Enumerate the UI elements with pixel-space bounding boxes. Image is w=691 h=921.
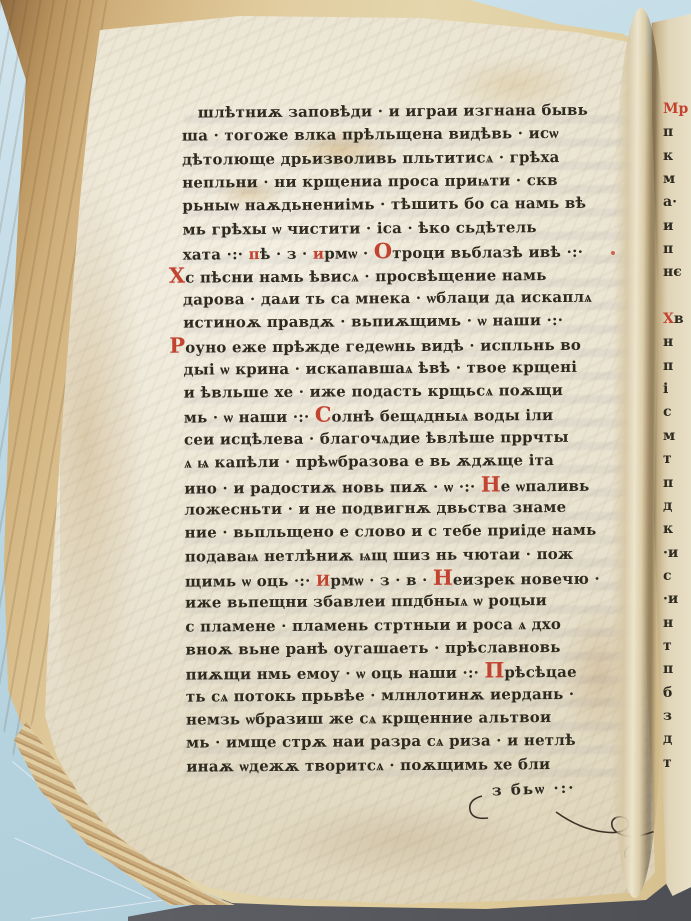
- ink-text: иже вьпещни збавлеи ппдбныѧ ѡ роцыи: [185, 591, 547, 612]
- manuscript-line: т: [663, 448, 688, 471]
- manuscript-line: мь грѣхы ѡ чистити · іса · ѣко сьдѣтель: [182, 215, 652, 242]
- ink-text: ложесньти · и не подвигнѫ двьства знаме: [184, 498, 566, 519]
- manuscript-line: п: [663, 238, 688, 261]
- ink-text: мь грѣхы ѡ чистити · іса · ѣко сьдѣтель: [182, 218, 536, 238]
- manuscript-line: д: [663, 728, 688, 751]
- ink-text: ѧ ѩ капѣли · прѣѡбразова е вь ѫдѫще іта: [184, 451, 554, 472]
- rubric-text: И: [316, 571, 331, 589]
- ink-text: пиѫщи нмь емоу · ѡ оць наши ·:·: [186, 664, 485, 684]
- manuscript-photo-scene: Мрпкма·ипнєХвнпісмтпдк·ис·интпбздт шлѣтн…: [0, 0, 691, 921]
- ink-text: к: [663, 521, 673, 537]
- ink-text: хата ·:·: [183, 245, 249, 263]
- manuscript-line: м: [663, 168, 688, 191]
- manuscript-line: а·: [663, 191, 688, 214]
- manuscript-line: инаѫ ѡдежѫ творитсѧ · поѫщимь хе бли: [186, 752, 656, 779]
- ink-text: подаваѩ нетлѣниѫ ѩщ шиз нь чютаи · пож: [185, 544, 574, 565]
- manuscript-line: с пламене · пламень стртныи и роса ѧ дхо: [185, 612, 655, 639]
- ink-text: сеи исцѣлева · благочѧдие ѣвлѣше пррчты: [184, 428, 569, 449]
- ink-text: е ѡпаливь: [501, 476, 590, 495]
- ink-text: рѣсѣцае: [504, 663, 577, 682]
- rubric-text: С: [315, 402, 332, 427]
- manuscript-line: ѧ ѩ капѣли · прѣѡбразова е вь ѫдѫще іта: [184, 449, 654, 476]
- manuscript-line: і: [663, 378, 688, 401]
- manuscript-line: дѣтолюще дрьизволивь пльтитисѧ · грѣха: [182, 145, 652, 172]
- ink-text: ша · тогоже влка прѣльщена видѣвь · исѡ: [182, 124, 559, 145]
- manuscript-line: рьныѡ наѫдьнениімь · тѣшить бо са намь в…: [182, 192, 652, 219]
- ink-text: шлѣтниѫ заповѣди · и играи изгнана бывь: [198, 101, 588, 122]
- manuscript-page: шлѣтниѫ заповѣди · и играи изгнана бывьш…: [0, 0, 691, 921]
- ink-text: т: [663, 451, 672, 467]
- manuscript-line: дыі ѡ крина · искапавшаѧ ѣвѣ · твое крще…: [183, 355, 653, 382]
- manuscript-line: щимь ѡ оць ·:· Ирмѡ · з · в · Неизрек но…: [185, 565, 655, 592]
- ink-text: немзь ѡбразиш же сѧ крщенние альтвои: [186, 708, 551, 729]
- ink-text: ѣ · з ·: [260, 245, 313, 263]
- manuscript-line: н: [663, 612, 688, 635]
- manuscript-line: ложесньти · и не подвигнѫ двьства знаме: [184, 495, 654, 522]
- facing-text-column: Мрпкма·ипнєХвнпісмтпдк·ис·интпбздт: [663, 98, 688, 775]
- ink-text: непльни · ни крщениа проса приѩти · скв: [182, 171, 558, 192]
- ink-text: в: [674, 311, 684, 327]
- ink-text: п: [663, 661, 673, 677]
- rubric-text: Н: [433, 565, 453, 590]
- rubric-text: П: [484, 658, 504, 683]
- manuscript-line: дарова · даѧи ть са мнека · ѡблаци да ис…: [183, 285, 653, 312]
- manuscript-line: немзь ѡбразиш же сѧ крщенние альтвои: [186, 705, 656, 732]
- manuscript-line: п: [663, 121, 688, 144]
- manuscript-line: т: [663, 752, 688, 775]
- manuscript-line: п: [663, 472, 688, 495]
- manuscript-line: Мр: [663, 98, 688, 121]
- manuscript-line: д: [663, 495, 688, 518]
- ink-text: з: [663, 708, 672, 724]
- ink-text: п: [663, 475, 673, 491]
- rubric-text: Мр: [663, 101, 688, 117]
- manuscript-line: истиноѫ правдѫ · вьпиѫщимь · ѡ наши ·:·: [183, 308, 653, 335]
- ink-text: ·и: [663, 591, 678, 607]
- manuscript-line: [663, 285, 688, 308]
- ink-text: мь · ѡ наши ·:·: [184, 408, 315, 427]
- manuscript-text-block: шлѣтниѫ заповѣди · и играи изгнана бывьш…: [182, 98, 657, 778]
- manuscript-line: н: [663, 331, 688, 354]
- ink-text: ·и: [663, 545, 678, 561]
- ink-text: д: [663, 731, 672, 747]
- ink-text: инаѫ ѡдежѫ творитсѧ · поѫщимь хе бли: [186, 755, 550, 776]
- rubric-text: и: [313, 245, 324, 263]
- manuscript-line: ние · вьпльщено е слово и с тебе приіде …: [185, 519, 655, 546]
- manuscript-line: непльни · ни крщениа проса приѩти · скв: [182, 168, 652, 195]
- manuscript-line: вноѫ вьне ранѣ оугашаеть · прѣславновь: [185, 635, 655, 662]
- ink-text: ние · вьпльщено е слово и с тебе приіде …: [185, 521, 597, 542]
- manuscript-line: Хв: [663, 308, 688, 331]
- ink-text: мь · имще стрѫ наи разра сѧ риза · и нет…: [186, 731, 576, 752]
- rubric-text: Р: [169, 333, 185, 358]
- ink-text: с: [663, 568, 672, 584]
- ink-text: ть сѧ потокь прьвѣе · млнлотинѫ иердань …: [186, 685, 575, 706]
- ink-text: ино · и радостиѫ новь пиѫ · ѡ ·:·: [184, 477, 481, 497]
- ink-text: щимь ѡ оць ·:·: [185, 572, 316, 591]
- ink-text: дыі ѡ крина · искапавшаѧ ѣвѣ · твое крще…: [183, 358, 577, 379]
- rubric-text: Н: [481, 471, 501, 496]
- manuscript-line: ино · и радостиѫ новь пиѫ · ѡ ·:· Не ѡпа…: [184, 472, 654, 499]
- manuscript-line: м: [663, 425, 688, 448]
- manuscript-line: б: [663, 682, 688, 705]
- rubric-text: Х: [169, 263, 185, 288]
- manuscript-line: и ѣвльше хе · иже подасть крщьсѧ поѫщи: [184, 378, 654, 405]
- book-gutter-fold: [609, 8, 667, 898]
- ink-text: дѣтолюще дрьизволивь пльтитисѧ · грѣха: [182, 148, 560, 169]
- ink-text: истиноѫ правдѫ · вьпиѫщимь · ѡ наши ·:·: [183, 311, 563, 332]
- ink-text: т: [663, 638, 672, 654]
- manuscript-line: с: [663, 401, 688, 424]
- ink-text: вноѫ вьне ранѣ оугашаеть · прѣславновь: [185, 638, 560, 659]
- manuscript-line: ·и: [663, 542, 688, 565]
- ink-text: т: [663, 755, 672, 771]
- manuscript-line: ть сѧ потокь прьвѣе · млнлотинѫ иердань …: [186, 682, 656, 709]
- manuscript-line: подаваѩ нетлѣниѫ ѩщ шиз нь чютаи · пож: [185, 542, 655, 569]
- ink-text: рмѡ · з · в ·: [330, 571, 433, 590]
- ink-text: д: [663, 498, 672, 514]
- ink-text: м: [663, 428, 675, 444]
- manuscript-line: хата ·:· пѣ · з · ирмѡ · Отроци вьблазѣ …: [183, 238, 653, 265]
- manuscript-line: к: [663, 518, 688, 541]
- manuscript-line: мь · имще стрѫ наи разра сѧ риза · и нет…: [186, 729, 656, 756]
- manuscript-line: мь · ѡ наши ·:· Солнѣ бещѧдныѧ воды іли: [184, 402, 654, 429]
- ink-text: олнѣ бещѧдныѧ воды іли: [331, 407, 553, 427]
- ink-text: оуно еже прѣжде гедеѡнь видѣ · испльнь в…: [185, 336, 581, 357]
- manuscript-line: к: [663, 145, 688, 168]
- ink-text: п: [663, 124, 673, 140]
- ink-text: с пѣсни намь ѣвисѧ · просвѣщение намь: [185, 267, 547, 288]
- manuscript-line: Роуно еже прѣжде гедеѡнь видѣ · испльнь …: [169, 332, 653, 359]
- ink-text: рьныѡ наѫдьнениімь · тѣшить бо са намь в…: [182, 194, 586, 215]
- manuscript-line: ·и: [663, 588, 688, 611]
- manuscript-line: ша · тогоже влка прѣльщена видѣвь · исѡ: [182, 122, 652, 149]
- manuscript-line: Хс пѣсни намь ѣвисѧ · просвѣщение намь: [169, 262, 653, 289]
- manuscript-line: сеи исцѣлева · благочѧдие ѣвлѣше пррчты: [184, 425, 654, 452]
- manuscript-line: т: [663, 635, 688, 658]
- rubric-text: п: [249, 245, 260, 263]
- ink-text: с пламене · пламень стртныи и роса ѧ дхо: [185, 615, 561, 636]
- manuscript-line: с: [663, 565, 688, 588]
- ink-text: троци вьблазѣ ивѣ ·:·: [392, 243, 583, 262]
- manuscript-line: иже вьпещни збавлеи ппдбныѧ ѡ роцыи: [185, 589, 655, 616]
- manuscript-line: пиѫщи нмь емоу · ѡ оць наши ·:· Прѣсѣцае: [186, 659, 656, 686]
- rubric-text: О: [374, 238, 392, 263]
- manuscript-line: шлѣтниѫ заповѣди · и играи изгнана бывь: [182, 98, 652, 125]
- manuscript-line: з: [663, 705, 688, 728]
- ink-text: н: [663, 615, 673, 631]
- ink-text: нє: [663, 264, 682, 280]
- ink-text: рмѡ ·: [324, 244, 374, 262]
- ink-text: и ѣвльше хе · иже подасть крщьсѧ поѫщи: [184, 381, 563, 402]
- manuscript-line: п: [663, 658, 688, 681]
- manuscript-line: нє: [663, 261, 688, 284]
- ink-text: дарова · даѧи ть са мнека · ѡблаци да ис…: [183, 288, 592, 309]
- manuscript-line: п: [663, 355, 688, 378]
- ink-text: б: [663, 685, 672, 701]
- ink-text: еизрек новечю ·: [453, 570, 600, 589]
- manuscript-line: и: [663, 215, 688, 238]
